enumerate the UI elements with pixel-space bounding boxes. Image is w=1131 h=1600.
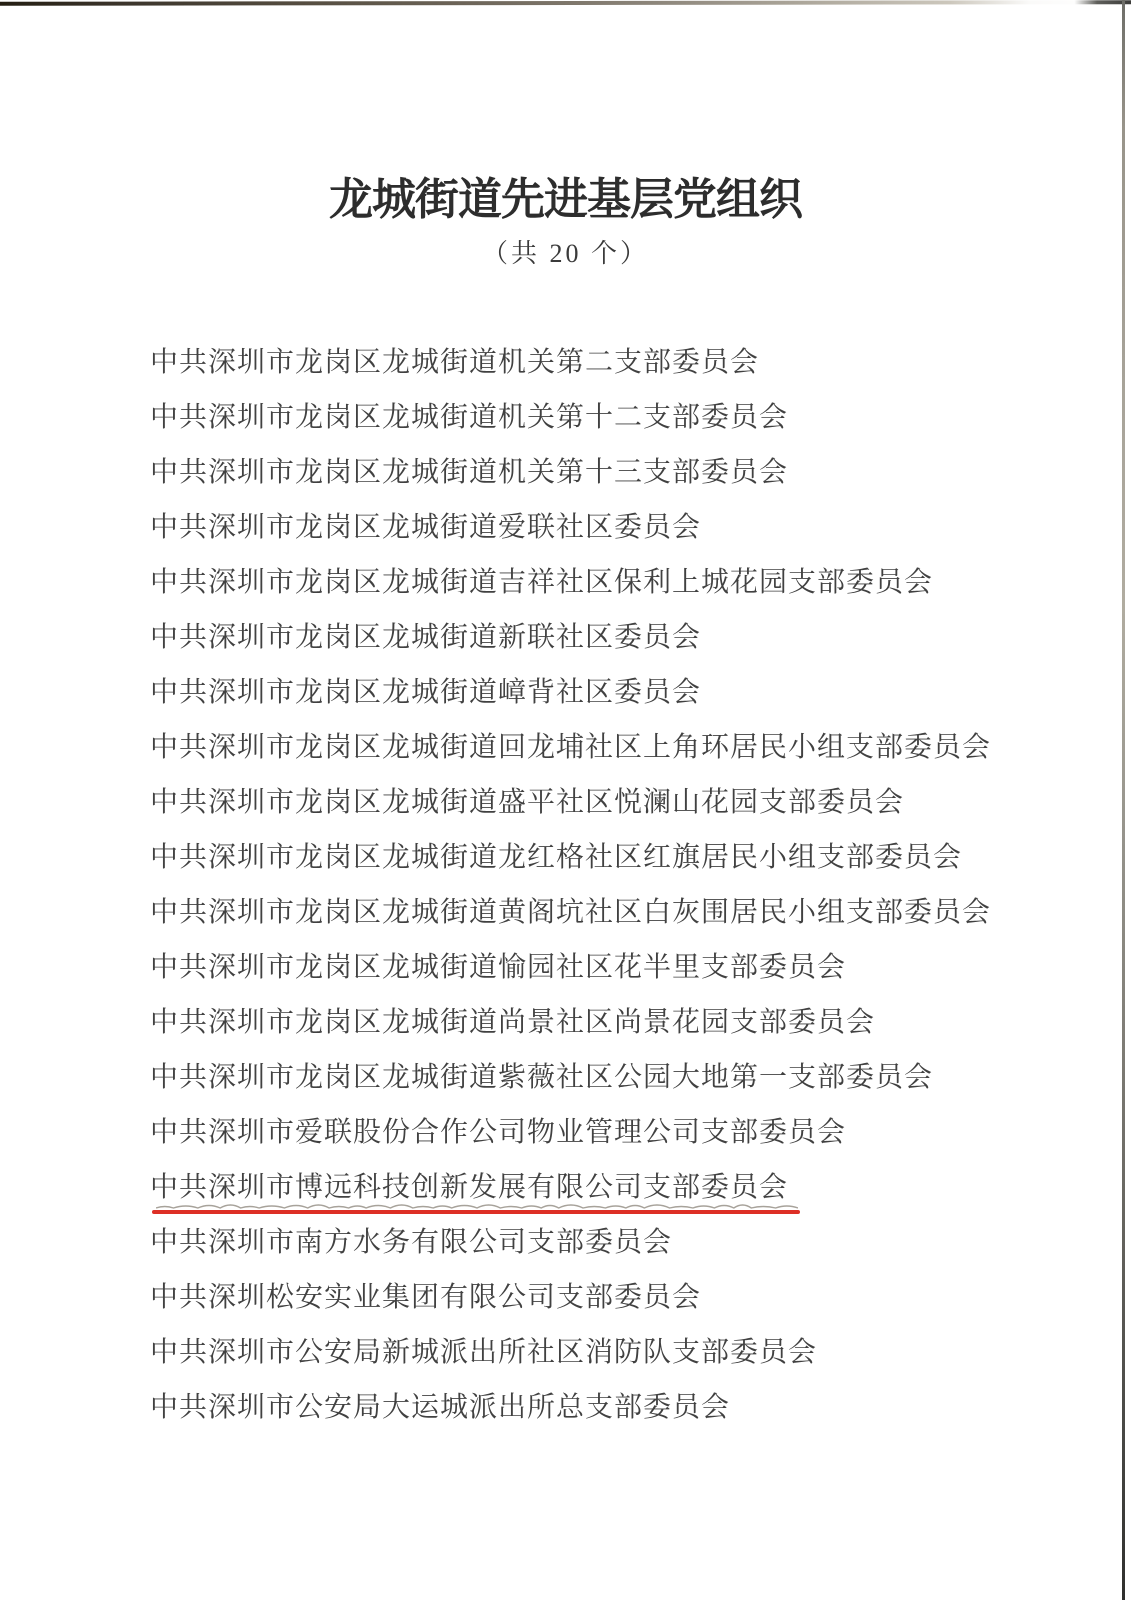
org-list-item: 中共深圳市龙岗区龙城街道尚景社区尚景花园支部委员会: [150, 995, 1101, 1050]
org-list-item: 中共深圳市龙岗区龙城街道黄阁坑社区白灰围居民小组支部委员会: [150, 885, 1101, 940]
org-list-item: 中共深圳市龙岗区龙城街道爱联社区委员会: [150, 500, 1101, 555]
document-subtitle: （共 20 个）: [0, 233, 1131, 270]
org-name: 中共深圳市龙岗区龙城街道尚景社区尚景花园支部委员会: [150, 995, 875, 1050]
org-list-item: 中共深圳市龙岗区龙城街道回龙埔社区上角环居民小组支部委员会: [150, 720, 1101, 775]
org-list-item: 中共深圳市龙岗区龙城街道机关第二支部委员会: [150, 335, 1101, 390]
org-name: 中共深圳市龙岗区龙城街道机关第十二支部委员会: [150, 390, 788, 445]
org-list-item: 中共深圳市龙岗区龙城街道机关第十三支部委员会: [150, 445, 1101, 500]
org-name: 中共深圳市南方水务有限公司支部委员会: [150, 1215, 672, 1270]
org-list-item: 中共深圳市龙岗区龙城街道嶂背社区委员会: [150, 665, 1101, 720]
pencil-wave-line: [156, 1201, 798, 1211]
org-name: 中共深圳市龙岗区龙城街道龙红格社区红旗居民小组支部委员会: [150, 830, 962, 885]
scan-top-edge-artifact: [0, 0, 1131, 6]
red-underline: [152, 1210, 800, 1214]
org-list-item: 中共深圳松安实业集团有限公司支部委员会: [150, 1270, 1101, 1325]
org-name: 中共深圳市龙岗区龙城街道愉园社区花半里支部委员会: [150, 940, 846, 995]
org-name: 中共深圳市博远科技创新发展有限公司支部委员会: [150, 1160, 788, 1215]
org-name: 中共深圳市龙岗区龙城街道嶂背社区委员会: [150, 665, 701, 720]
org-name: 中共深圳市公安局大运城派出所总支部委员会: [150, 1380, 730, 1435]
org-list-item: 中共深圳市爱联股份合作公司物业管理公司支部委员会: [150, 1105, 1101, 1160]
org-list-item: 中共深圳市龙岗区龙城街道龙红格社区红旗居民小组支部委员会: [150, 830, 1101, 885]
org-list-item: 中共深圳市龙岗区龙城街道吉祥社区保利上城花园支部委员会: [150, 555, 1101, 610]
org-name: 中共深圳松安实业集团有限公司支部委员会: [150, 1270, 701, 1325]
document-title: 龙城街道先进基层党组织: [0, 163, 1131, 227]
org-name: 中共深圳市龙岗区龙城街道吉祥社区保利上城花园支部委员会: [150, 555, 933, 610]
org-name: 中共深圳市龙岗区龙城街道黄阁坑社区白灰围居民小组支部委员会: [150, 885, 991, 940]
org-name: 中共深圳市龙岗区龙城街道紫薇社区公园大地第一支部委员会: [150, 1050, 933, 1105]
org-list-item: 中共深圳市博远科技创新发展有限公司支部委员会: [150, 1160, 1101, 1215]
org-list: 中共深圳市龙岗区龙城街道机关第二支部委员会 中共深圳市龙岗区龙城街道机关第十二支…: [150, 335, 1101, 1435]
org-name: 中共深圳市爱联股份合作公司物业管理公司支部委员会: [150, 1105, 846, 1160]
org-list-item: 中共深圳市龙岗区龙城街道盛平社区悦澜山花园支部委员会: [150, 775, 1101, 830]
org-list-item: 中共深圳市龙岗区龙城街道机关第十二支部委员会: [150, 390, 1101, 445]
org-list-item: 中共深圳市公安局大运城派出所总支部委员会: [150, 1380, 1101, 1435]
org-list-item: 中共深圳市龙岗区龙城街道愉园社区花半里支部委员会: [150, 940, 1101, 995]
org-name: 中共深圳市龙岗区龙城街道机关第十三支部委员会: [150, 445, 788, 500]
highlight-underline: [152, 1201, 800, 1215]
scanned-document-page: 龙城街道先进基层党组织 （共 20 个） 中共深圳市龙岗区龙城街道机关第二支部委…: [0, 0, 1131, 1600]
org-list-item: 中共深圳市南方水务有限公司支部委员会: [150, 1215, 1101, 1270]
org-name: 中共深圳市龙岗区龙城街道盛平社区悦澜山花园支部委员会: [150, 775, 904, 830]
org-list-item: 中共深圳市公安局新城派出所社区消防队支部委员会: [150, 1325, 1101, 1380]
org-name: 中共深圳市公安局新城派出所社区消防队支部委员会: [150, 1325, 817, 1380]
org-list-item: 中共深圳市龙岗区龙城街道新联社区委员会: [150, 610, 1101, 665]
org-name: 中共深圳市龙岗区龙城街道机关第二支部委员会: [150, 335, 759, 390]
org-name: 中共深圳市龙岗区龙城街道新联社区委员会: [150, 610, 701, 665]
org-name: 中共深圳市龙岗区龙城街道回龙埔社区上角环居民小组支部委员会: [150, 720, 991, 775]
org-name: 中共深圳市龙岗区龙城街道爱联社区委员会: [150, 500, 701, 555]
org-list-item: 中共深圳市龙岗区龙城街道紫薇社区公园大地第一支部委员会: [150, 1050, 1101, 1105]
